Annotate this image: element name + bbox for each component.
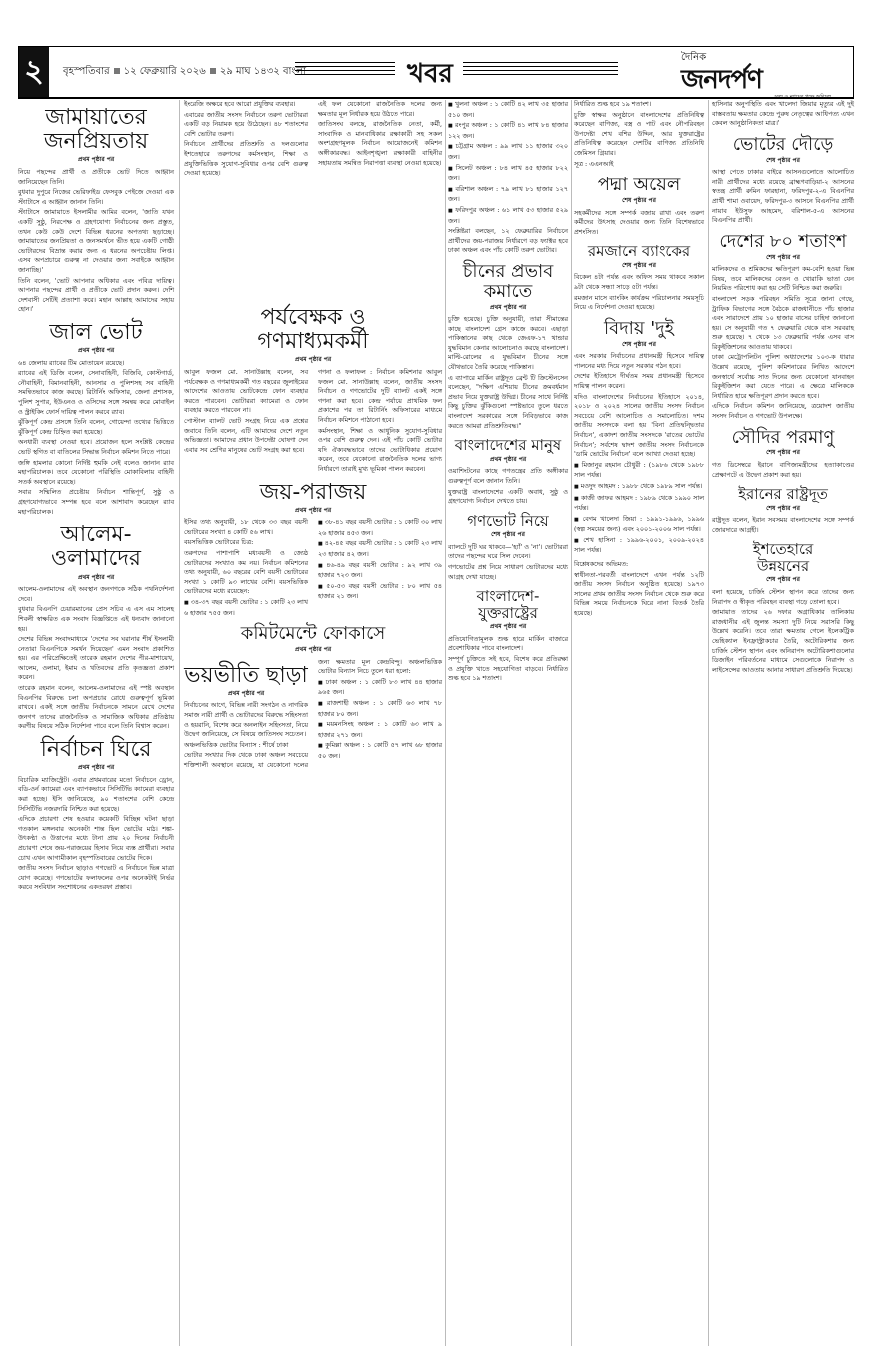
paragraph: হাসিনার অনুপস্থিতি এবং খালেদা জিয়ার মৃত…: [712, 100, 854, 129]
region-item: সিলেট অঞ্চল : ৮৪ লাখ ৪৫ হাজার ৮২২ জন।: [448, 164, 568, 184]
paragraph: সম্পূর্ণ চুক্তিতে সই হবে, বিশেষ করে প্রত…: [448, 655, 568, 684]
paragraph: সবার সম্মিলিত প্রচেষ্টায় নির্বাচন শান্ত…: [18, 488, 174, 517]
paragraph: বিকেল ৪টা পর্যন্ত এবং অফিস সময় থাকবে সক…: [574, 273, 704, 292]
paragraph: বুধবার বিএনপি চেয়ারম্যানের প্রেস সচিব এ…: [18, 605, 174, 634]
kicker: প্রথম পৃষ্ঠার পর: [448, 622, 568, 632]
paragraph: অনধারী ব্যবস্থা নেওয়া হবে। প্রয়োজন হলে…: [18, 438, 174, 457]
article-commitment: কমিটমেন্টে ফোকাসে প্রথম পৃষ্ঠার পর: [184, 624, 442, 654]
headline: চীনের প্রভাব: [448, 262, 568, 282]
headline: জাল ভোট: [18, 321, 174, 345]
paragraph: বুধবার দুপুরে নিজের ভেরিফাইড ফেসবুক পেইজ…: [18, 188, 174, 207]
paragraph: ৬৪ জেলায় র‍্যাবের টিম মোতায়েন রয়েছে।: [18, 359, 174, 369]
pm-list-item: কাজী জাফর আহমদ : ১৯৮৯ থেকে ১৯৯০ সাল পর্য…: [574, 494, 704, 514]
kicker: শেষ পৃষ্ঠার পর: [712, 156, 854, 166]
article-desher-80: দেশের ৮০ শতাংশ শেষ পৃষ্ঠার পর মালিকদের ও…: [712, 232, 854, 422]
kicker: শেষ পৃষ্ঠার পর: [712, 575, 854, 585]
kicker: প্রথম পৃষ্ঠার পর: [18, 155, 174, 165]
article-nirbachon-ghire: নির্বাচন ঘিরে প্রথম পৃষ্ঠার পর বিচারিক ম…: [18, 738, 174, 893]
paragraph: নির্বাচনে প্রার্থীদের প্রতিশ্রুতি ও দলগু…: [184, 140, 308, 178]
kicker: প্রথম পৃষ্ঠার পর: [18, 346, 174, 356]
headline: গণভোট নিয়ে: [448, 513, 568, 530]
headline: বাংলাদেশের মানুষ: [448, 437, 568, 454]
paragraph: রমজান মাসে ব্যাংকিং কার্যক্রম পরিচালনার …: [574, 294, 704, 313]
article-joy-porajoy: জয়-পরাজয় প্রথম পৃষ্ঠার পর ইসির তথ্য অন…: [184, 481, 442, 619]
kicker: শেষ পৃষ্ঠার পর: [574, 261, 704, 271]
kicker: প্রথম পৃষ্ঠার পর: [18, 573, 174, 583]
paragraph: কর্মসংস্থান, শিক্ষা ও আধুনিক সুযোগ-সুবিধ…: [318, 427, 442, 475]
paragraph: ঢাকা মেট্রোপলিটন পুলিশ অধ্যাদেশের ১০৩-ক …: [712, 353, 854, 401]
headline: বাংলাদেশ-: [448, 588, 568, 605]
kicker: শেষ পৃষ্ঠার পর: [712, 504, 854, 514]
headline: কমিটমেন্টে ফোকাসে: [184, 624, 442, 644]
article-jal-vote: জাল ভোট প্রথম পৃষ্ঠার পর ৬৪ জেলায় র‍্যা…: [18, 321, 174, 517]
page-number: ২: [19, 47, 49, 97]
age-group-item: ৩৪-৩৭ বছর বয়সী ভোটার : ১ কোটি ২৩ লাখ ৬ …: [184, 598, 308, 618]
paragraph: দেশের ইতিহাসে দীর্ঘতম সময় প্রধানমন্ত্রী…: [574, 372, 704, 391]
article-observer: পর্যবেক্ষক ও গণমাধ্যমকর্মী প্রথম পৃষ্ঠার…: [184, 306, 442, 475]
kicker: প্রথম পৃষ্ঠার পর: [18, 763, 174, 773]
paragraph: গণনা ও ফলাফল : নির্বাচন কমিশনার আবুল ফজল…: [318, 368, 442, 426]
headline: সৌদির পরমাণু: [712, 428, 854, 448]
paragraph: বিচারিক ম্যাজিস্ট্রেট। এবার প্রথমবারের ম…: [18, 776, 174, 814]
headline: ইশতেহারে: [712, 541, 854, 558]
article-bhoy: ভয়ভীতি ছাড়া প্রথম পৃষ্ঠার পর নির্বাচনে…: [184, 664, 308, 740]
article-jamaat: জামায়াতের জনপ্রিয়তায় প্রথম পৃষ্ঠার পর…: [18, 106, 174, 315]
paragraph: দেশের বিভিন্ন সংবাদমাধ্যমে 'দেশের সব ঘরা…: [18, 635, 174, 683]
article-saudi: সৌদির পরমাণু শেষ পৃষ্ঠার পর গত ডিসেম্বরে…: [712, 428, 854, 481]
newspaper-logo: দৈনিক জনদর্পণ সত্য ও ন্যায়ের পক্ষে অবিচ…: [681, 50, 831, 102]
paragraph: এই ফল যেকোনো রাজনৈতিক দলের জন্য ক্ষমতার …: [318, 100, 442, 119]
analyst-heading: বিশ্লেষকদের অভিমত:: [574, 560, 704, 570]
column-divider: [708, 100, 709, 1346]
age-heading: বয়সভিত্তিক ভোটারের চিত্র:: [184, 538, 308, 548]
day: বৃহস্পতিবার: [63, 66, 110, 77]
headline-line-2: যুক্তরাষ্ট্রের: [448, 605, 568, 622]
paragraph: আলেম-ওলামাদের এই অবস্থান জনগণকে সঠিক পথন…: [18, 585, 174, 604]
headline: জয়-পরাজয়: [184, 481, 442, 505]
paragraph: এবারের জাতীয় সংসদ নির্বাচনে তরুণ ভোটারর…: [184, 111, 308, 140]
age-group-item: ৫০-৫৩ বছর বয়সী ভোটার : ৮০ লাখ ৫৪ হাজার …: [318, 582, 442, 602]
age-group-item: ৩৮-৪১ বছর বয়সী ভোটার : ১ কোটি ৩০ লাখ ২৬…: [318, 518, 442, 538]
age-group-item: ৪৬-৪৯ বছর বয়সী ভোটার : ৯২ লাখ ৩৯ হাজার …: [318, 561, 442, 581]
paragraph: সহকর্মীদের সঙ্গে সম্পর্ক বজায় রাখা এবং …: [574, 209, 704, 238]
paragraph: পোস্টাল ব্যালট ভোট সংগ্রহ নিয়ে এক প্রশ্…: [184, 417, 308, 455]
kicker: শেষ পৃষ্ঠার পর: [712, 448, 854, 458]
paragraph: তারেক রহমান বলেন, আলেম-ওলামাদের এই স্পষ্…: [18, 684, 174, 732]
brand-name: জনদর্পণ: [681, 67, 831, 93]
paragraph: স্ট্যাটাসে জামায়াতে ইসলামীর আমির বলেন, …: [18, 208, 174, 275]
region-item: চট্টগ্রাম অঞ্চল : ৯৯ লাখ ১১ হাজার ৩২০ জন…: [448, 142, 568, 162]
region-item: কুমিল্লা অঞ্চল : ১ কোটি ৫৭ লাখ ৬৮ হাজার …: [318, 741, 442, 761]
paragraph: চুক্তি হয়েছে। চুক্তি অনুযায়ী, তারা সীম…: [448, 315, 568, 373]
region-item: খুলনা অঞ্চল : ১ কোটি ৪২ লাখ ৩৫ হাজার ৫১০…: [448, 100, 568, 120]
article-bhoy-and-regions: ভয়ভীতি ছাড়া প্রথম পৃষ্ঠার পর নির্বাচনে…: [184, 658, 442, 771]
paragraph: তিনি বলেন, 'ভোট আপনার অধিকার এবং পবিত্র …: [18, 277, 174, 315]
kicker: প্রথম পৃষ্ঠার পর: [184, 355, 442, 365]
paragraph: গত ডিসেম্বরে ইরানে বাণিজ্যমন্ত্রীদের হত্…: [712, 461, 854, 480]
paragraph: ইংরেজি অক্ষরে হবে আরো প্রযুক্তির ব্যবহার…: [184, 100, 308, 110]
column-1: জামায়াতের জনপ্রিয়তায় প্রথম পৃষ্ঠার পর…: [18, 100, 174, 894]
paragraph: আস্থা পেতে ঢাকার বাইরে আসনগুলোতে আলোচিত …: [712, 168, 854, 226]
paragraph: র‍্যাবের এই ডিজি বলেন, সেনাবাহিনী, বিজিব…: [18, 369, 174, 417]
headline: পর্যবেক্ষক ও: [184, 306, 442, 330]
paragraph: ব্যালটে দুটি ঘর থাকবে—'হ্যাঁ' ও 'না'। ভো…: [448, 543, 568, 562]
region-item: ফরিদপুর অঞ্চল : ৬১ লাখ ৫৩ হাজার ৫২৯ জন।: [448, 206, 568, 226]
article-body: আবুল ফজল মো. সানাউল্লাহ বলেন, সব পর্যবেক…: [184, 368, 442, 475]
region-item: রাজশাহী অঞ্চল : ১ কোটি ৬৩ লাখ ৭৮ হাজার ৮…: [318, 699, 442, 719]
column-divider: [179, 100, 180, 1346]
section-title: খবর: [407, 53, 453, 97]
article-gonovote: গণভোট নিয়ে শেষ পৃষ্ঠার পর ব্যালটে দুটি …: [448, 513, 568, 582]
column-5: নির্ধারিত শুল্ক হবে ১৯ শতাংশ। চুক্তি স্ব…: [574, 100, 704, 620]
newspaper-page: ২ বৃহস্পতিবার১২ ফেব্রুয়ারি ২০২৬২৯ মাঘ ১…: [18, 46, 854, 1346]
headline: আলেম-ওলামাদের: [18, 523, 174, 571]
paragraph: বলা হয়েছে, চার্জিং স্টেশন স্থাপন করে তা…: [712, 588, 854, 607]
paragraph: মালিকদের ও শ্রমিকদের ক্ষতিপূরণ কম-বেশি হ…: [712, 265, 854, 294]
column-divider: [445, 100, 446, 1346]
region-item: বরিশাল অঞ্চল : ৭৯ লাখ ৮১ হাজার ১২৭ জন।: [448, 185, 568, 205]
headline: নির্বাচন ঘিরে: [18, 738, 174, 762]
column-6: হাসিনার অনুপস্থিতি এবং খালেদা জিয়ার মৃত…: [712, 100, 854, 676]
headline: রমজানে ব্যাংকের: [574, 243, 704, 260]
paragraph: সংশ্লিষ্টরা বলছেন, ১২ ফেব্রুয়ারির নির্ব…: [448, 227, 568, 256]
article-podma: পদ্মা অয়েল শেষ পৃষ্ঠার পর সহকর্মীদের সঙ…: [574, 175, 704, 237]
article-voter-dour: ভোটের দৌড়ে শেষ পৃষ্ঠার পর আস্থা পেতে ঢা…: [712, 135, 854, 226]
article-intro-continued: ইংরেজি অক্ষরে হবে আরো প্রযুক্তির ব্যবহার…: [184, 100, 442, 300]
dateline: বৃহস্পতিবার১২ ফেব্রুয়ারি ২০২৬২৯ মাঘ ১৪৩…: [63, 64, 306, 81]
decorative-rules-left: [295, 62, 395, 78]
column-2-3: ইংরেজি অক্ষরে হবে আরো প্রযুক্তির ব্যবহার…: [184, 100, 442, 771]
article-ramjan: রমজানে ব্যাংকের শেষ পৃষ্ঠার পর বিকেল ৪টা…: [574, 243, 704, 312]
paragraph: আবুল ফজল মো. সানাউল্লাহ বলেন, সব পর্যবেক…: [184, 368, 308, 416]
pm-list-item: বেগম খালেদা জিয়া : ১৯৯১-১৯৯৬, ১৯৯৬ (স্ব…: [574, 515, 704, 535]
kicker: প্রথম পৃষ্ঠার পর: [184, 689, 308, 699]
paragraph: এদিকে নির্বাচন কমিশন জানিয়েছে, ত্রয়োদশ…: [712, 402, 854, 421]
headline-line-2: গণমাধ্যমকর্মী: [184, 330, 442, 354]
age-group-item: ৪২-৪৫ বছর বয়সী ভোটার : ১ কোটি ২৩ লাখ ২৩…: [318, 539, 442, 559]
paragraph: যুক্তরাষ্ট্র বাংলাদেশের একটি অবাধ, সুষ্ঠ…: [448, 488, 568, 507]
article-bangladesher-manush: বাংলাদেশের মানুষ প্রথম পৃষ্ঠার পর ওয়াশি…: [448, 437, 568, 506]
headline-line-2: কমাতে: [448, 282, 568, 302]
paragraph: ঝুঁকিপূর্ণ কেন্দ্র প্রসঙ্গে তিনি বলেন, গ…: [18, 418, 174, 437]
date-bangla: ২৯ মাঘ ১৪৩২ বাংলা: [220, 66, 306, 77]
paragraph: চুক্তি স্বাক্ষর অনুষ্ঠানে বাংলাদেশের প্র…: [574, 111, 704, 159]
paragraph: ইসির তথ্য অনুযায়ী, ১৮ থেকে ৩৩ বছর বয়সী…: [184, 518, 308, 537]
article-ishtehar: ইশতেহারে উন্নয়নের শেষ পৃষ্ঠার পর বলা হয…: [712, 541, 854, 675]
kicker: প্রথম পৃষ্ঠার পর: [184, 645, 442, 655]
article-biday: বিদায় 'দুই শেষ পৃষ্ঠার পর এবং সরকার নির…: [574, 319, 704, 619]
headline: দেশের ৮০ শতাংশ: [712, 232, 854, 252]
headline: জামায়াতের: [18, 106, 174, 130]
kicker: শেষ পৃষ্ঠার পর: [574, 340, 704, 350]
region-item: ঢাকা অঞ্চল : ১ কোটি ৮৩ লাখ ৪৪ হাজার ৯৬৫ …: [318, 678, 442, 698]
kicker: শেষ পৃষ্ঠার পর: [448, 530, 568, 540]
article-iran: ইরানের রাষ্ট্রদূত শেষ পৃষ্ঠার পর রাষ্ট্র…: [712, 486, 854, 535]
headline: ভোটের দৌড়ে: [712, 135, 854, 155]
region-item: ময়মনসিংহ অঞ্চল : ১ কোটি ৬৩ লাখ ৯ হাজার …: [318, 720, 442, 740]
kicker: প্রথম পৃষ্ঠার পর: [448, 455, 568, 465]
article-body: ইসির তথ্য অনুযায়ী, ১৮ থেকে ৩৩ বছর বয়সী…: [184, 518, 442, 618]
paragraph: বাংলাদেশ সড়ক পরিবহন সমিতি সূত্রে জানা গ…: [712, 295, 854, 353]
column-divider: [571, 100, 572, 1346]
paragraph: তরুণদের পাশাপাশি মধ্যবয়সী ও জ্যেষ্ঠ ভোট…: [184, 549, 308, 597]
paragraph: প্রতিযোগিতামূলক শুল্ক হারে মার্কিন বাজার…: [448, 635, 568, 654]
headline-line-2: জনপ্রিয়তায়: [18, 130, 174, 154]
paragraph: জাতীয় সংসদ নির্বাচন ছাড়াও গণভোট এ নির্…: [18, 864, 174, 893]
paragraph: এ ব্যাপারে মার্কিন রাষ্ট্রদূত ব্রেন্ট টি…: [448, 374, 568, 432]
column-4: খুলনা অঞ্চল : ১ কোটি ৪২ লাখ ৩৫ হাজার ৫১০…: [448, 100, 568, 685]
pm-list-item: মিজানুর রহমান চৌধুরী : (১৯৮৬ থেকে ১৯৮৮ স…: [574, 461, 704, 481]
article-china: চীনের প্রভাব কমাতে প্রথম পৃষ্ঠার পর চুক্…: [448, 262, 568, 431]
region-heading: অঞ্চলভিত্তিক ভোটার বিন্যাস : শীর্ষে ঢাকা: [184, 741, 308, 751]
source: সূত্র : এএনআই: [574, 160, 704, 170]
paragraph: যদিও বাংলাদেশের নির্বাচনের ইতিহাসে ২০১৪,…: [574, 393, 704, 460]
paragraph: ওয়াশিংটনের কাছে গণতন্ত্রের প্রতি অঙ্গীক…: [448, 467, 568, 486]
paragraph: জামায়াত তাদের ২৬ দফার অগ্রাধিকার তালিকা…: [712, 608, 854, 675]
pm-list-item: মওদুদ আহমদ : ১৯৮৮ থেকে ১৯৮৯ সাল পর্যন্ত।: [574, 482, 704, 493]
paragraph: জঙ্গি হামলার কোনো নির্দিষ্ট হুমকি নেই বল…: [18, 459, 174, 488]
pm-list-item: শেখ হাসিনা : ১৯৯৬-২০০১, ২০০৯-২০২৪ সাল পর…: [574, 536, 704, 556]
article-alem: আলেম-ওলামাদের প্রথম পৃষ্ঠার পর আলেম-ওলাম…: [18, 523, 174, 732]
kicker: প্রথম পৃষ্ঠার পর: [184, 506, 442, 516]
kicker: শেষ পৃষ্ঠার পর: [712, 253, 854, 263]
paragraph: এদিকে প্রচারণা শেষ হওয়ার কয়েকটি বিচ্ছি…: [18, 815, 174, 863]
separator-square-icon: [114, 68, 120, 74]
date-gregorian: ১২ ফেব্রুয়ারি ২০২৬: [124, 66, 206, 77]
paragraph: নিয়ে পছন্দের প্রার্থী ও প্রতীকে ভোট দিত…: [18, 168, 174, 187]
separator-square-icon: [210, 68, 216, 74]
paragraph: গণভোটের প্রশ্ন নিয়ে সাধারণ ভোটারদের মধ্…: [448, 563, 568, 582]
masthead: ২ বৃহস্পতিবার১২ ফেব্রুয়ারি ২০২৬২৯ মাঘ ১…: [18, 46, 854, 99]
headline: ইরানের রাষ্ট্রদূত: [712, 486, 854, 503]
paragraph: নির্ধারিত শুল্ক হবে ১৯ শতাংশ।: [574, 100, 704, 110]
paragraph: জাতিসংঘ বলছে, রাজনৈতিক নেতা, কর্মী, সাংব…: [318, 120, 442, 168]
kicker: প্রথম পৃষ্ঠার পর: [448, 303, 568, 313]
decorative-rules-right: [463, 62, 618, 78]
headline: ভয়ভীতি ছাড়া: [184, 664, 308, 688]
article-bd-us: বাংলাদেশ- যুক্তরাষ্ট্রের প্রথম পৃষ্ঠার প…: [448, 588, 568, 684]
paragraph: এবং সরকার নির্বাচনের প্রধানমন্ত্রী হিসেব…: [574, 352, 704, 371]
kicker: শেষ পৃষ্ঠার পর: [574, 196, 704, 206]
paragraph: স্বাধীনতা-পরবর্তী বাংলাদেশে এখন পর্যন্ত …: [574, 571, 704, 619]
headline: পদ্মা অয়েল: [574, 175, 704, 195]
headline: বিদায় 'দুই: [574, 319, 704, 339]
paragraph: রাষ্ট্রদূত বলেন, ইরান সবসময় বাংলাদেশের …: [712, 516, 854, 535]
region-item: রংপুর অঞ্চল : ১ কোটি ৪১ লাখ ৮৪ হাজার ১২২…: [448, 121, 568, 141]
headline-line-2: উন্নয়নের: [712, 558, 854, 575]
paragraph: নির্বাচনের আগে, বিভিন্ন নারী সংগঠন ও নাগ…: [184, 701, 308, 739]
